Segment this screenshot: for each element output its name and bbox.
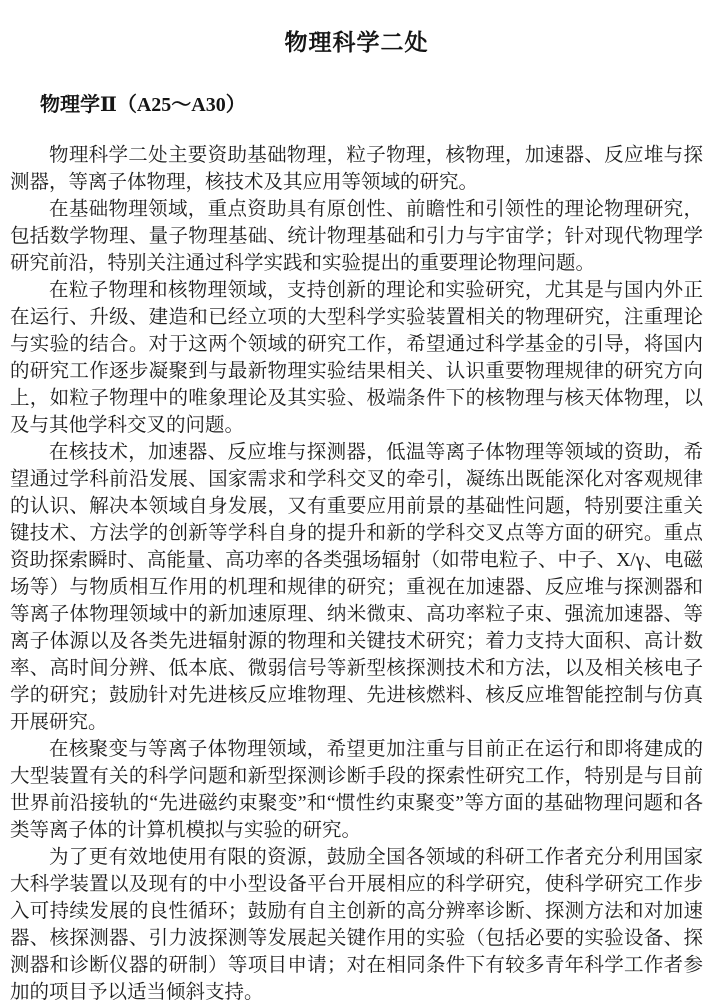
section-heading: 物理学Ⅱ（A25～A30） [40,92,703,118]
paragraph-basic-physics: 在基础物理领域，重点资助具有原创性、前瞻性和引领性的理论物理研究，包括数学物理、… [10,196,703,277]
document-page: 物理科学二处 物理学Ⅱ（A25～A30） 物理科学二处主要资助基础物理，粒子物理… [0,0,720,1000]
paragraph-fusion-plasma: 在核聚变与等离子体物理领域，希望更加注重与目前正在运行和即将建成的大型装置有关的… [10,736,703,844]
paragraph-resource-usage: 为了更有效地使用有限的资源，鼓励全国各领域的科研工作者充分利用国家大科学装置以及… [10,844,703,1000]
paragraph-nuclear-technology: 在核技术，加速器、反应堆与探测器，低温等离子体物理等领域的资助，希望通过学科前沿… [10,439,703,736]
document-body: 物理科学二处主要资助基础物理，粒子物理，核物理，加速器、反应堆与探测器，等离子体… [10,142,703,1000]
paragraph-particle-nuclear-physics: 在粒子物理和核物理领域，支持创新的理论和实验研究，尤其是与国内外正在运行、升级、… [10,277,703,439]
document-title: 物理科学二处 [10,24,703,58]
paragraph-overview: 物理科学二处主要资助基础物理，粒子物理，核物理，加速器、反应堆与探测器，等离子体… [10,142,703,196]
